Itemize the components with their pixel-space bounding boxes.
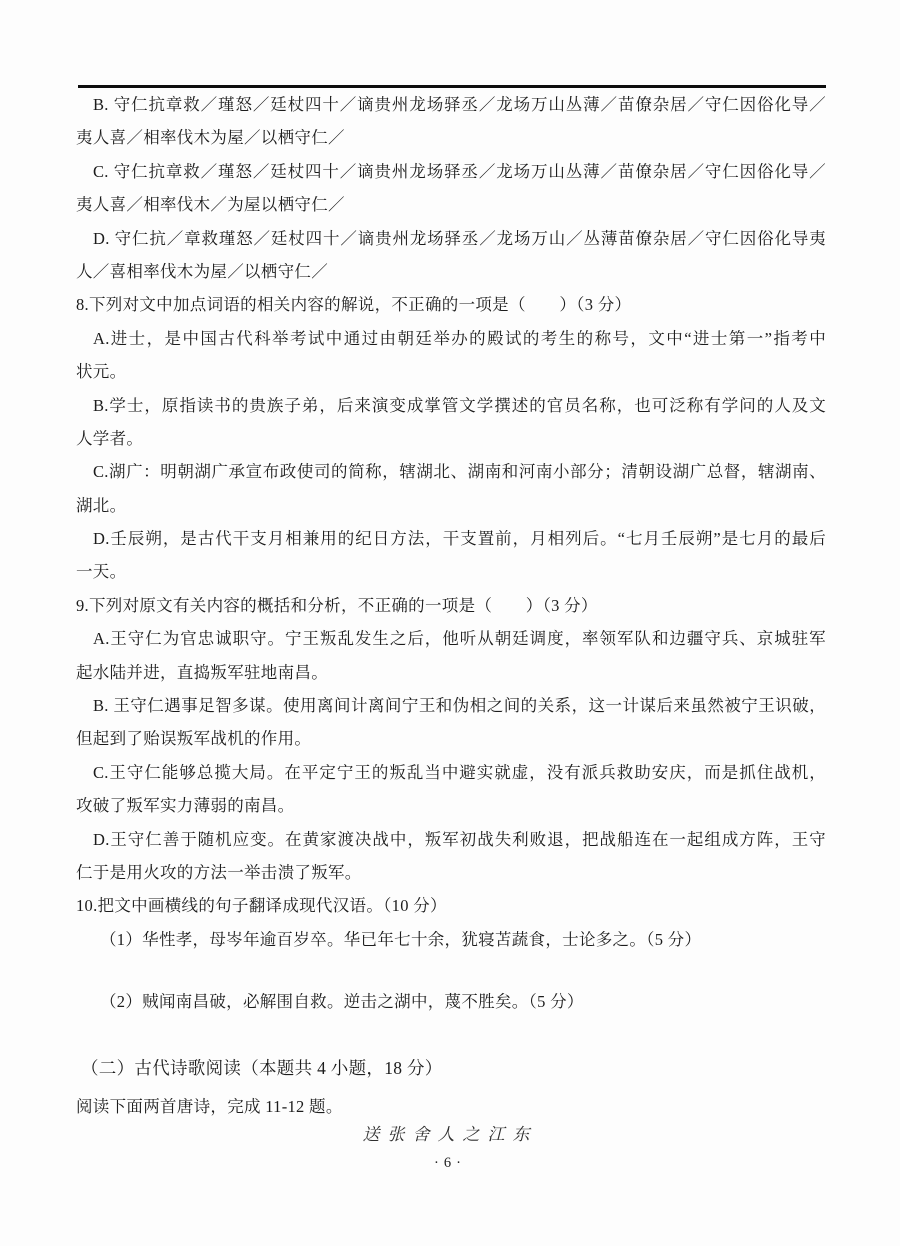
q9-option-c-line2: 攻破了叛军实力薄弱的南昌。 [76,789,826,822]
q9-option-a-line2: 起水陆并进，直捣叛军驻地南昌。 [76,656,826,689]
q9-option-d-line1: D.王守仁善于随机应变。在黄家渡决战中，叛军初战失利败退，把战船连在一起组成方阵… [76,823,826,856]
exam-body-text: B. 守仁抗章救／瑾怒／廷杖四十／谪贵州龙场驿丞／龙场万山丛薄／苗僚杂居／守仁因… [76,88,826,1123]
q8-option-b-line2: 人学者。 [76,422,826,455]
reading-instruction: 阅读下面两首唐诗，完成 11-12 题。 [76,1090,826,1123]
q8-option-d-line1: D.壬辰朔，是古代干支月相兼用的纪日方法，干支置前，月相列后。“七月壬辰朔”是七… [76,522,826,555]
q10-sentence-2: （2）贼闻南昌破，必解围自救。逆击之湖中，蔑不胜矣。（5 分） [76,985,826,1018]
q9-option-d-line2: 仁于是用火攻的方法一举击溃了叛军。 [76,856,826,889]
section-2-heading: （二）古代诗歌阅读（本题共 4 小题，18 分） [76,1052,826,1085]
q9-option-b-line1: B. 王守仁遇事足智多谋。使用离间计离间宁王和伪相之间的关系，这一计谋后来虽然被… [76,689,826,722]
poem-title: 送张舍人之江东 [0,1122,900,1148]
question-10-stem: 10.把文中画横线的句子翻译成现代汉语。（10 分） [76,889,826,922]
q10-sentence-1: （1）华性孝，母岑年逾百岁卒。华已年七十余，犹寝苫蔬食，士论多之。（5 分） [76,923,826,956]
option-b-line1: B. 守仁抗章救／瑾怒／廷杖四十／谪贵州龙场驿丞／龙场万山丛薄／苗僚杂居／守仁因… [76,88,826,121]
question-8-stem: 8.下列对文中加点词语的相关内容的解说，不正确的一项是（ ）（3 分） [76,288,826,321]
option-b-line2: 夷人喜／相率伐木为屋／以栖守仁／ [76,121,826,154]
q9-option-a-line1: A.王守仁为官忠诚职守。宁王叛乱发生之后，他听从朝廷调度，率领军队和边疆守兵、京… [76,622,826,655]
q8-option-c-line1: C.湖广：明朝湖广承宣布政使司的简称，辖湖北、湖南和河南小部分；清朝设湖广总督，… [76,455,826,488]
option-d-line2: 人／喜相率伐木为屋／以栖守仁／ [76,255,826,288]
q9-option-b-line2: 但起到了贻误叛军战机的作用。 [76,722,826,755]
q8-option-a-line1: A.进士，是中国古代科举考试中通过由朝廷举办的殿试的考生的称号，文中“进士第一”… [76,322,826,355]
answer-space-1 [76,956,826,985]
q8-option-a-line2: 状元。 [76,355,826,388]
q9-option-c-line1: C.王守仁能够总揽大局。在平定宁王的叛乱当中避实就虚，没有派兵救助安庆，而是抓住… [76,756,826,789]
question-9-stem: 9.下列对原文有关内容的概括和分析，不正确的一项是（ ）（3 分） [76,589,826,622]
answer-space-2 [76,1019,826,1052]
page-number: ·6· [0,1152,900,1174]
q8-option-d-line2: 一天。 [76,555,826,588]
option-c-line2: 夷人喜／相率伐木／为屋以栖守仁／ [76,188,826,221]
q8-option-b-line1: B.学士，原指读书的贵族子弟，后来演变成掌管文学撰述的官员名称，也可泛称有学问的… [76,389,826,422]
option-c-line1: C. 守仁抗章救／瑾怒／廷杖四十／谪贵州龙场驿丞／龙场万山丛薄／苗僚杂居／守仁因… [76,155,826,188]
q8-option-c-line2: 湖北。 [76,489,826,522]
exam-page: B. 守仁抗章救／瑾怒／廷杖四十／谪贵州龙场驿丞／龙场万山丛薄／苗僚杂居／守仁因… [0,0,900,1246]
option-d-line1: D. 守仁抗／章救瑾怒／廷杖四十／谪贵州龙场驿丞／龙场万山／丛薄苗僚杂居／守仁因… [76,222,826,255]
